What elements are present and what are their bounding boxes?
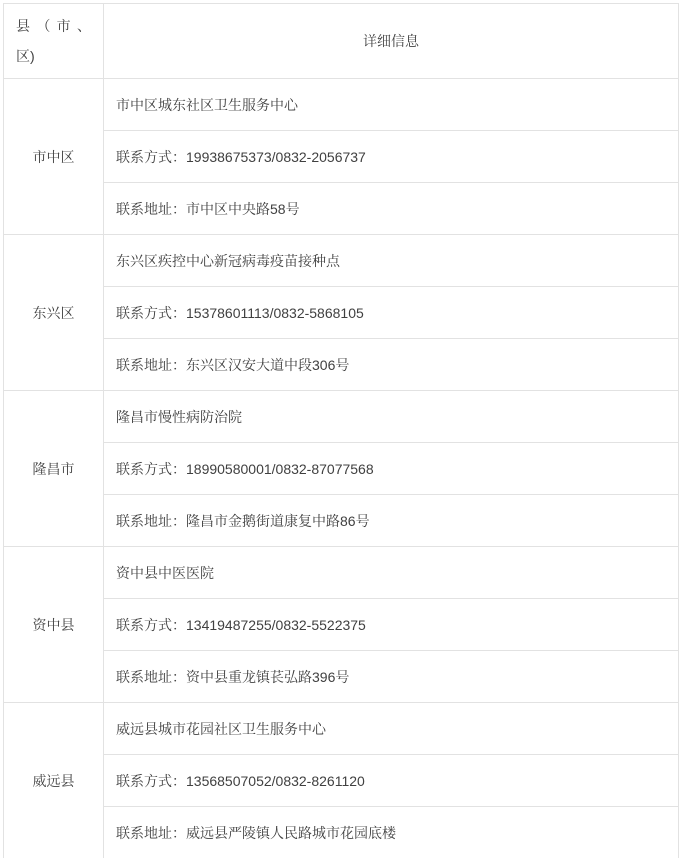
table-row: 联系地址：隆昌市金鹅街道康复中路86号 — [4, 495, 679, 547]
address-label: 联系地址： — [116, 201, 186, 217]
phone-cell: 联系方式：19938675373/0832-2056737 — [104, 131, 679, 183]
address-value: 东兴区汉安大道中段306号 — [186, 357, 349, 373]
table-row: 联系地址：市中区中央路58号 — [4, 183, 679, 235]
phone-cell: 联系方式：18990580001/0832-87077568 — [104, 443, 679, 495]
table-row: 东兴区 东兴区疾控中心新冠病毒疫苗接种点 — [4, 235, 679, 287]
table-row: 联系地址：威远县严陵镇人民路城市花园底楼 — [4, 807, 679, 858]
address-cell: 联系地址：威远县严陵镇人民路城市花园底楼 — [104, 807, 679, 858]
phone-value: 13419487255/0832-5522375 — [186, 617, 366, 633]
address-value: 隆昌市金鹅街道康复中路86号 — [186, 513, 370, 529]
facility-cell: 威远县城市花园社区卫生服务中心 — [104, 703, 679, 755]
phone-cell: 联系方式：15378601113/0832-5868105 — [104, 287, 679, 339]
header-county-line1: 县（市、 — [16, 11, 91, 41]
table-row: 联系方式：18990580001/0832-87077568 — [4, 443, 679, 495]
county-cell-shizhongqu: 市中区 — [4, 79, 104, 235]
table-row: 联系地址：资中县重龙镇苌弘路396号 — [4, 651, 679, 703]
address-label: 联系地址： — [116, 669, 186, 685]
address-cell: 联系地址：东兴区汉安大道中段306号 — [104, 339, 679, 391]
phone-value: 13568507052/0832-8261120 — [186, 773, 365, 789]
page: 县（市、 区) 详细信息 市中区 市中区城东社区卫生服务中心 联系方式：1993… — [0, 0, 687, 858]
phone-label: 联系方式： — [116, 149, 186, 165]
county-cell-zizhongxian: 资中县 — [4, 547, 104, 703]
address-value: 威远县严陵镇人民路城市花园底楼 — [186, 825, 396, 841]
table-row: 资中县 资中县中医医院 — [4, 547, 679, 599]
address-label: 联系地址： — [116, 357, 186, 373]
table-row: 市中区 市中区城东社区卫生服务中心 — [4, 79, 679, 131]
address-cell: 联系地址：市中区中央路58号 — [104, 183, 679, 235]
header-row: 县（市、 区) 详细信息 — [4, 4, 679, 79]
header-county-column: 县（市、 区) — [4, 4, 104, 79]
phone-label: 联系方式： — [116, 617, 186, 633]
address-cell: 联系地址：资中县重龙镇苌弘路396号 — [104, 651, 679, 703]
phone-label: 联系方式： — [116, 305, 186, 321]
table-row: 威远县 威远县城市花园社区卫生服务中心 — [4, 703, 679, 755]
address-label: 联系地址： — [116, 513, 186, 529]
address-value: 资中县重龙镇苌弘路396号 — [186, 669, 349, 685]
address-value: 市中区中央路58号 — [186, 201, 300, 217]
phone-label: 联系方式： — [116, 461, 186, 477]
header-detail-column: 详细信息 — [104, 4, 679, 79]
vaccination-contact-table: 县（市、 区) 详细信息 市中区 市中区城东社区卫生服务中心 联系方式：1993… — [3, 3, 679, 858]
table-row: 隆昌市 隆昌市慢性病防治院 — [4, 391, 679, 443]
address-label: 联系地址： — [116, 825, 186, 841]
phone-value: 18990580001/0832-87077568 — [186, 461, 374, 477]
table-row: 联系方式：13568507052/0832-8261120 — [4, 755, 679, 807]
table-row: 联系方式：19938675373/0832-2056737 — [4, 131, 679, 183]
facility-cell: 资中县中医医院 — [104, 547, 679, 599]
county-cell-longchangshi: 隆昌市 — [4, 391, 104, 547]
county-cell-dongxingqu: 东兴区 — [4, 235, 104, 391]
table-row: 联系方式：15378601113/0832-5868105 — [4, 287, 679, 339]
facility-cell: 东兴区疾控中心新冠病毒疫苗接种点 — [104, 235, 679, 287]
table-row: 联系方式：13419487255/0832-5522375 — [4, 599, 679, 651]
facility-cell: 隆昌市慢性病防治院 — [104, 391, 679, 443]
phone-cell: 联系方式：13568507052/0832-8261120 — [104, 755, 679, 807]
phone-label: 联系方式： — [116, 773, 186, 789]
phone-cell: 联系方式：13419487255/0832-5522375 — [104, 599, 679, 651]
address-cell: 联系地址：隆昌市金鹅街道康复中路86号 — [104, 495, 679, 547]
county-cell-weiyuanxian: 威远县 — [4, 703, 104, 858]
phone-value: 19938675373/0832-2056737 — [186, 149, 366, 165]
phone-value: 15378601113/0832-5868105 — [186, 305, 364, 321]
facility-cell: 市中区城东社区卫生服务中心 — [104, 79, 679, 131]
header-county-line2: 区) — [16, 41, 91, 71]
table-row: 联系地址：东兴区汉安大道中段306号 — [4, 339, 679, 391]
